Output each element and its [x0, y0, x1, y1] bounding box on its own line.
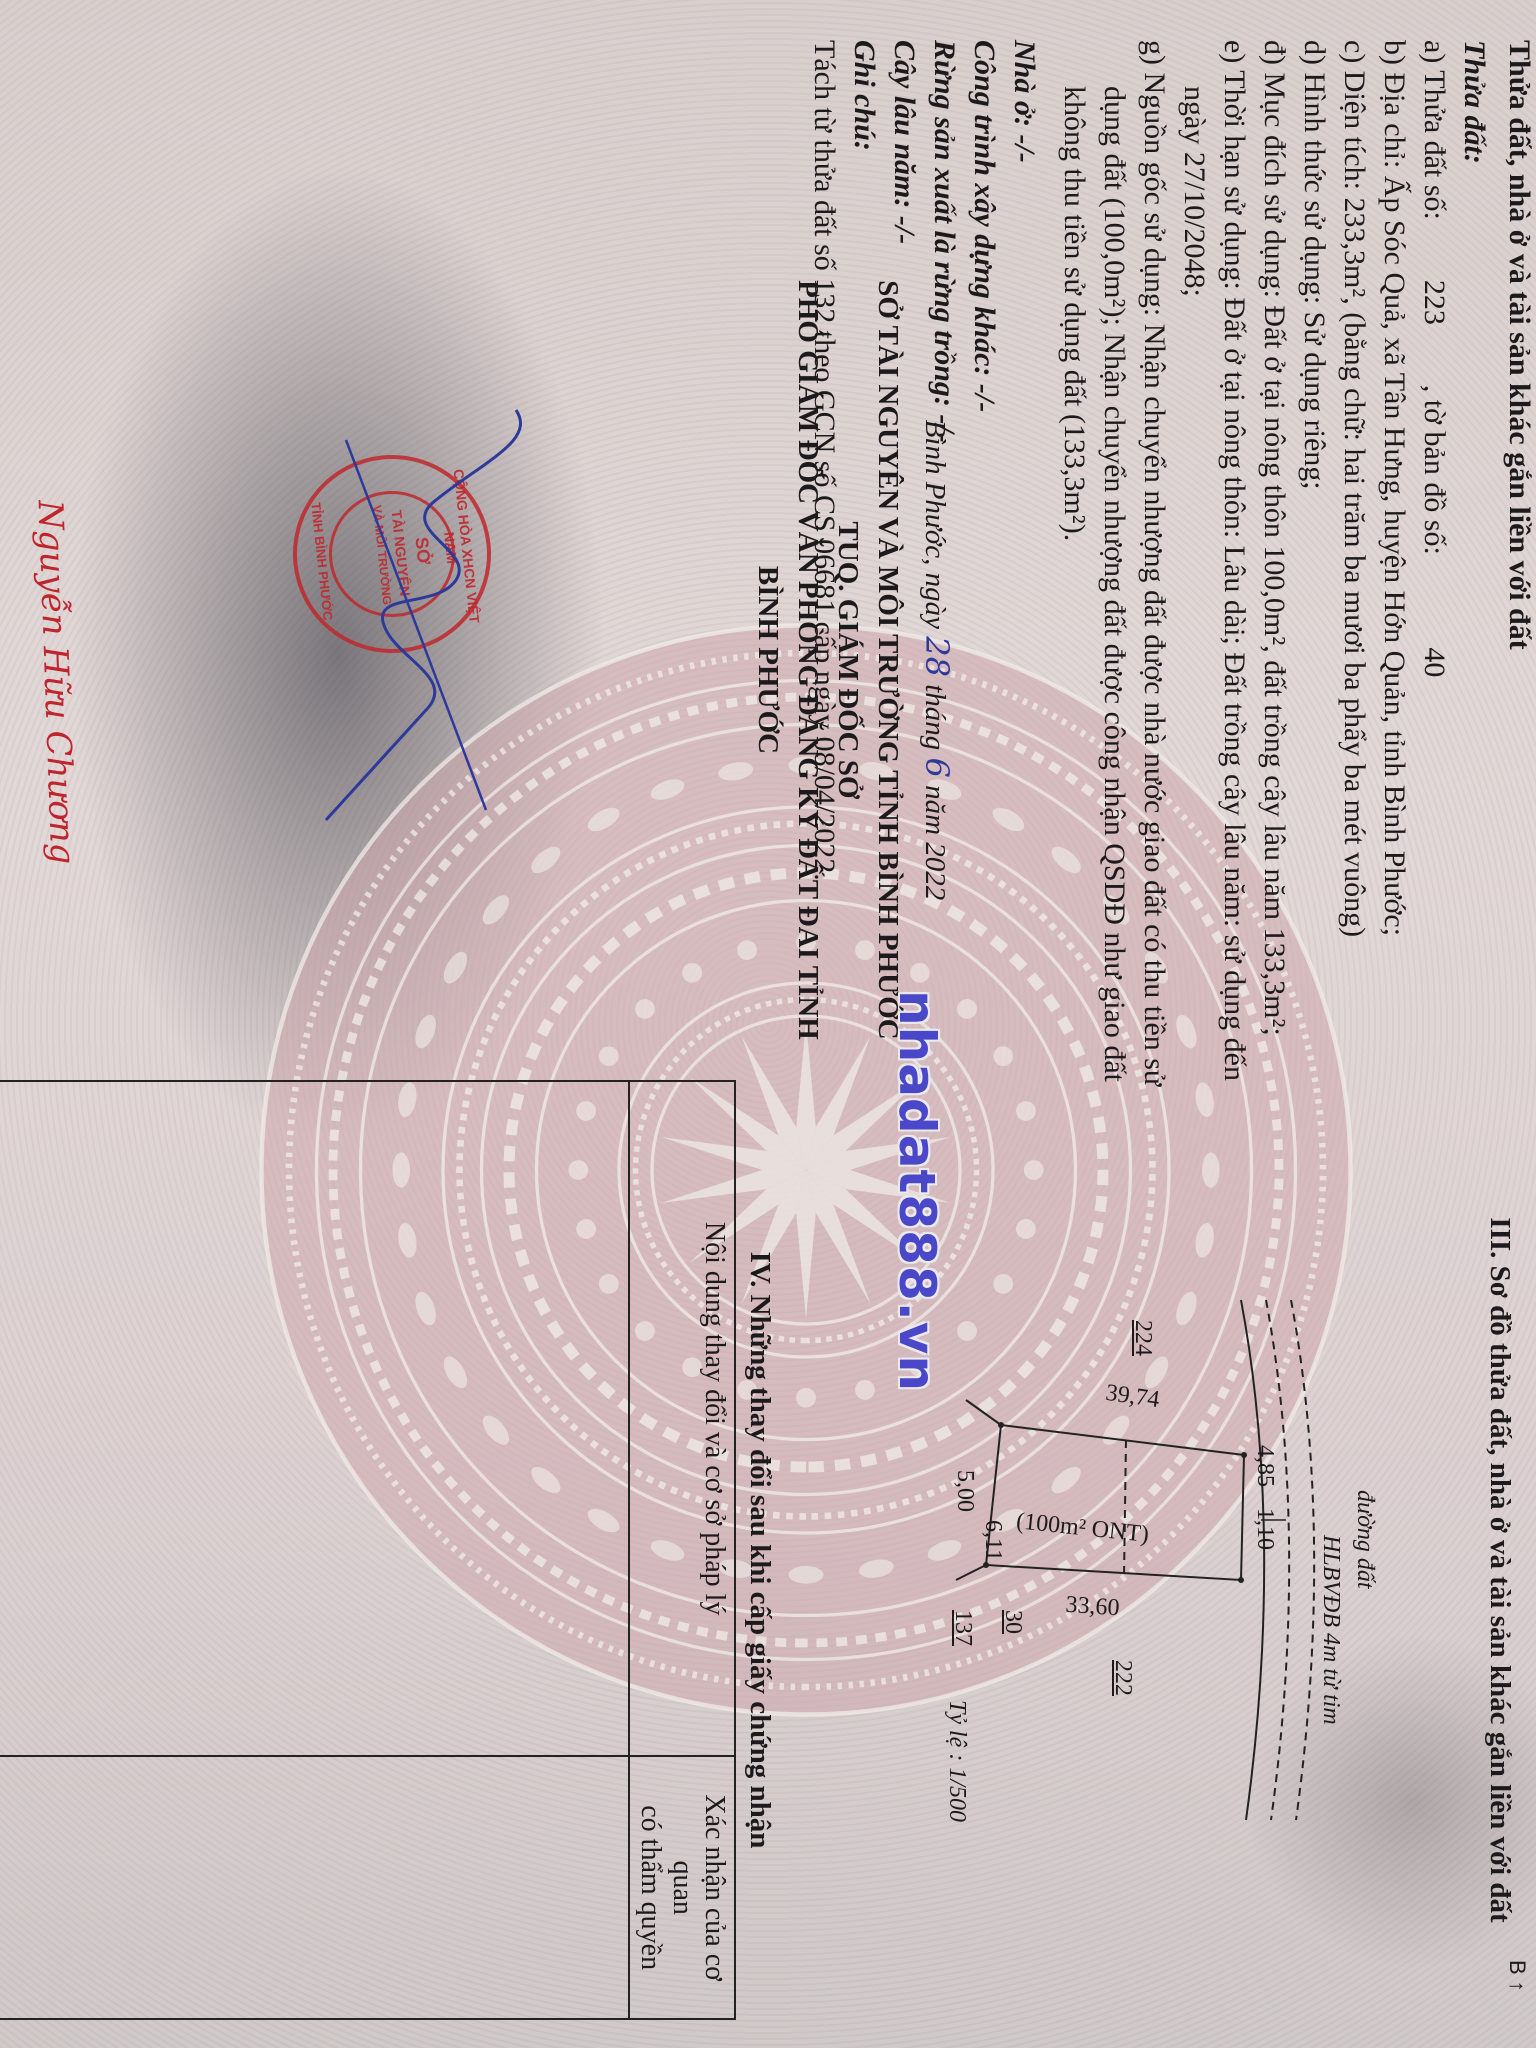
map-sheet-label: , tờ bản đồ số: [1418, 385, 1451, 555]
section-iv-title: IV. Những thay đổi sau khi cấp giấy chứn… [743, 1080, 776, 2020]
road-label: đường đất [1351, 1490, 1378, 1589]
signer-title: PHÓ GIÁM ĐỐC VĂN PHÒNG ĐĂNG KÝ ĐẤT ĐAI T… [748, 280, 828, 1040]
parcel-number-row: a) Thửa đất số: 223 , tờ bản đồ số: 40 [1414, 40, 1454, 1120]
address: b) Địa chỉ: Ấp Sóc Quả, xã Tân Hưng, huy… [1374, 40, 1414, 1120]
area: c) Diện tích: 233,3m², (bằng chữ: hai tr… [1334, 40, 1374, 1120]
parcel-number-value: 223 [1414, 227, 1454, 377]
dimension-front: 4,85 [1251, 1445, 1278, 1487]
issuing-department: SỞ TÀI NGUYÊN VÀ MÔI TRƯỜNG TỈNH BÌNH PH… [868, 280, 908, 1040]
usage-origin: g) Nguồn gốc sử dụng: Nhận chuyển nhượng… [1134, 40, 1174, 1120]
land-certificate-page: Thửa đất, nhà ở và tài sản khác gắn liền… [0, 0, 1536, 2048]
date-month-prefix: tháng [919, 684, 951, 750]
usage-purpose: đ) Mục đích sử dụng: Đất ở tại nông thôn… [1254, 40, 1294, 1120]
change-content-cell [0, 1081, 629, 1756]
authority-confirmation-cell [0, 1756, 629, 2019]
neighbor-parcel-224: 224 [1129, 1320, 1156, 1356]
dimension-front-setback: 1,10 [1251, 1508, 1278, 1550]
neighbor-parcel-137: 137 [949, 1610, 976, 1646]
signer-name: Nguyễn Hữu Chương [30, 499, 83, 865]
dimension-back-2: 6,11 [979, 1520, 1006, 1561]
north-label: B [1505, 1960, 1530, 1975]
date-prefix: Bình Phước, ngày [919, 420, 951, 629]
usage-origin-2: dụng đất (100,0m²); Nhận chuyển nhượng đ… [1094, 40, 1134, 1120]
neighbor-parcel-222: 222 [1109, 1660, 1136, 1696]
parcel-sketch: đường đất HLBVĐB 4m từ tim 4,85 1,10 39,… [936, 1280, 1406, 1840]
section-ii-title: Thửa đất, nhà ở và tài sản khác gắn liền… [1502, 40, 1536, 1120]
date-day: 28 [918, 636, 956, 677]
house-row: Nhà ở: -/- [1004, 40, 1044, 1120]
usage-form: d) Hình thức sử dụng: Sử dụng riêng; [1294, 40, 1334, 1120]
section-iii-title: III. Sơ đồ thửa đất, nhà ở và tài sản kh… [1483, 1120, 1516, 2020]
signature-block: Bình Phước, ngày 28 tháng 6 năm 2022 SỞ … [748, 280, 956, 1040]
column-authority-line2: có thẩm quyền [634, 1765, 666, 2010]
column-change-content: Nội dung thay đổi và cơ sở pháp lý [629, 1081, 735, 1756]
usage-origin-3: không thu tiền sử dụng đất (133,3m²). [1054, 40, 1094, 1120]
road-corridor-label: HLBVĐB 4m từ tim [1317, 1535, 1344, 1725]
scale-label: Tỷ lệ : 1/500 [943, 1700, 970, 1822]
column-authority-line1: Xác nhận của cơ quan [666, 1765, 730, 2010]
neighbor-parcel-30: 30 [999, 1610, 1026, 1634]
changes-table: Nội dung thay đổi và cơ sở pháp lý Xác n… [0, 1080, 736, 2020]
usage-term: e) Thời hạn sử dụng: Đất ở tại nông thôn… [1214, 40, 1254, 1120]
date-month: 6 [918, 758, 956, 778]
north-compass-icon: B ↑ [1504, 1960, 1530, 1992]
other-works-row: Công trình xây dựng khác: -/- [964, 40, 1004, 1120]
parcel-number-label: a) Thửa đất số: [1418, 40, 1451, 220]
dimension-back-1: 5,00 [951, 1470, 978, 1512]
usage-term-date: ngày 27/10/2048; [1174, 40, 1214, 1120]
authorization-title: TUQ. GIÁM ĐỐC SỞ [828, 280, 868, 1040]
date-year: năm 2022 [919, 785, 951, 900]
watermark-logo: nhadat888.vn [888, 990, 946, 1392]
section-plot-diagram: III. Sơ đồ thửa đất, nhà ở và tài sản kh… [1483, 1120, 1516, 2020]
column-authority-confirmation: Xác nhận của cơ quan có thẩm quyền [629, 1756, 735, 2019]
parcel-heading: Thửa đất: [1454, 40, 1494, 1120]
map-sheet-value: 40 [1414, 562, 1454, 762]
section-changes: IV. Những thay đổi sau khi cấp giấy chứn… [743, 1080, 776, 2020]
issue-date: Bình Phước, ngày 28 tháng 6 năm 2022 [918, 280, 956, 1040]
dimension-right: 33,60 [1065, 1592, 1121, 1623]
handwritten-signature [316, 380, 546, 840]
